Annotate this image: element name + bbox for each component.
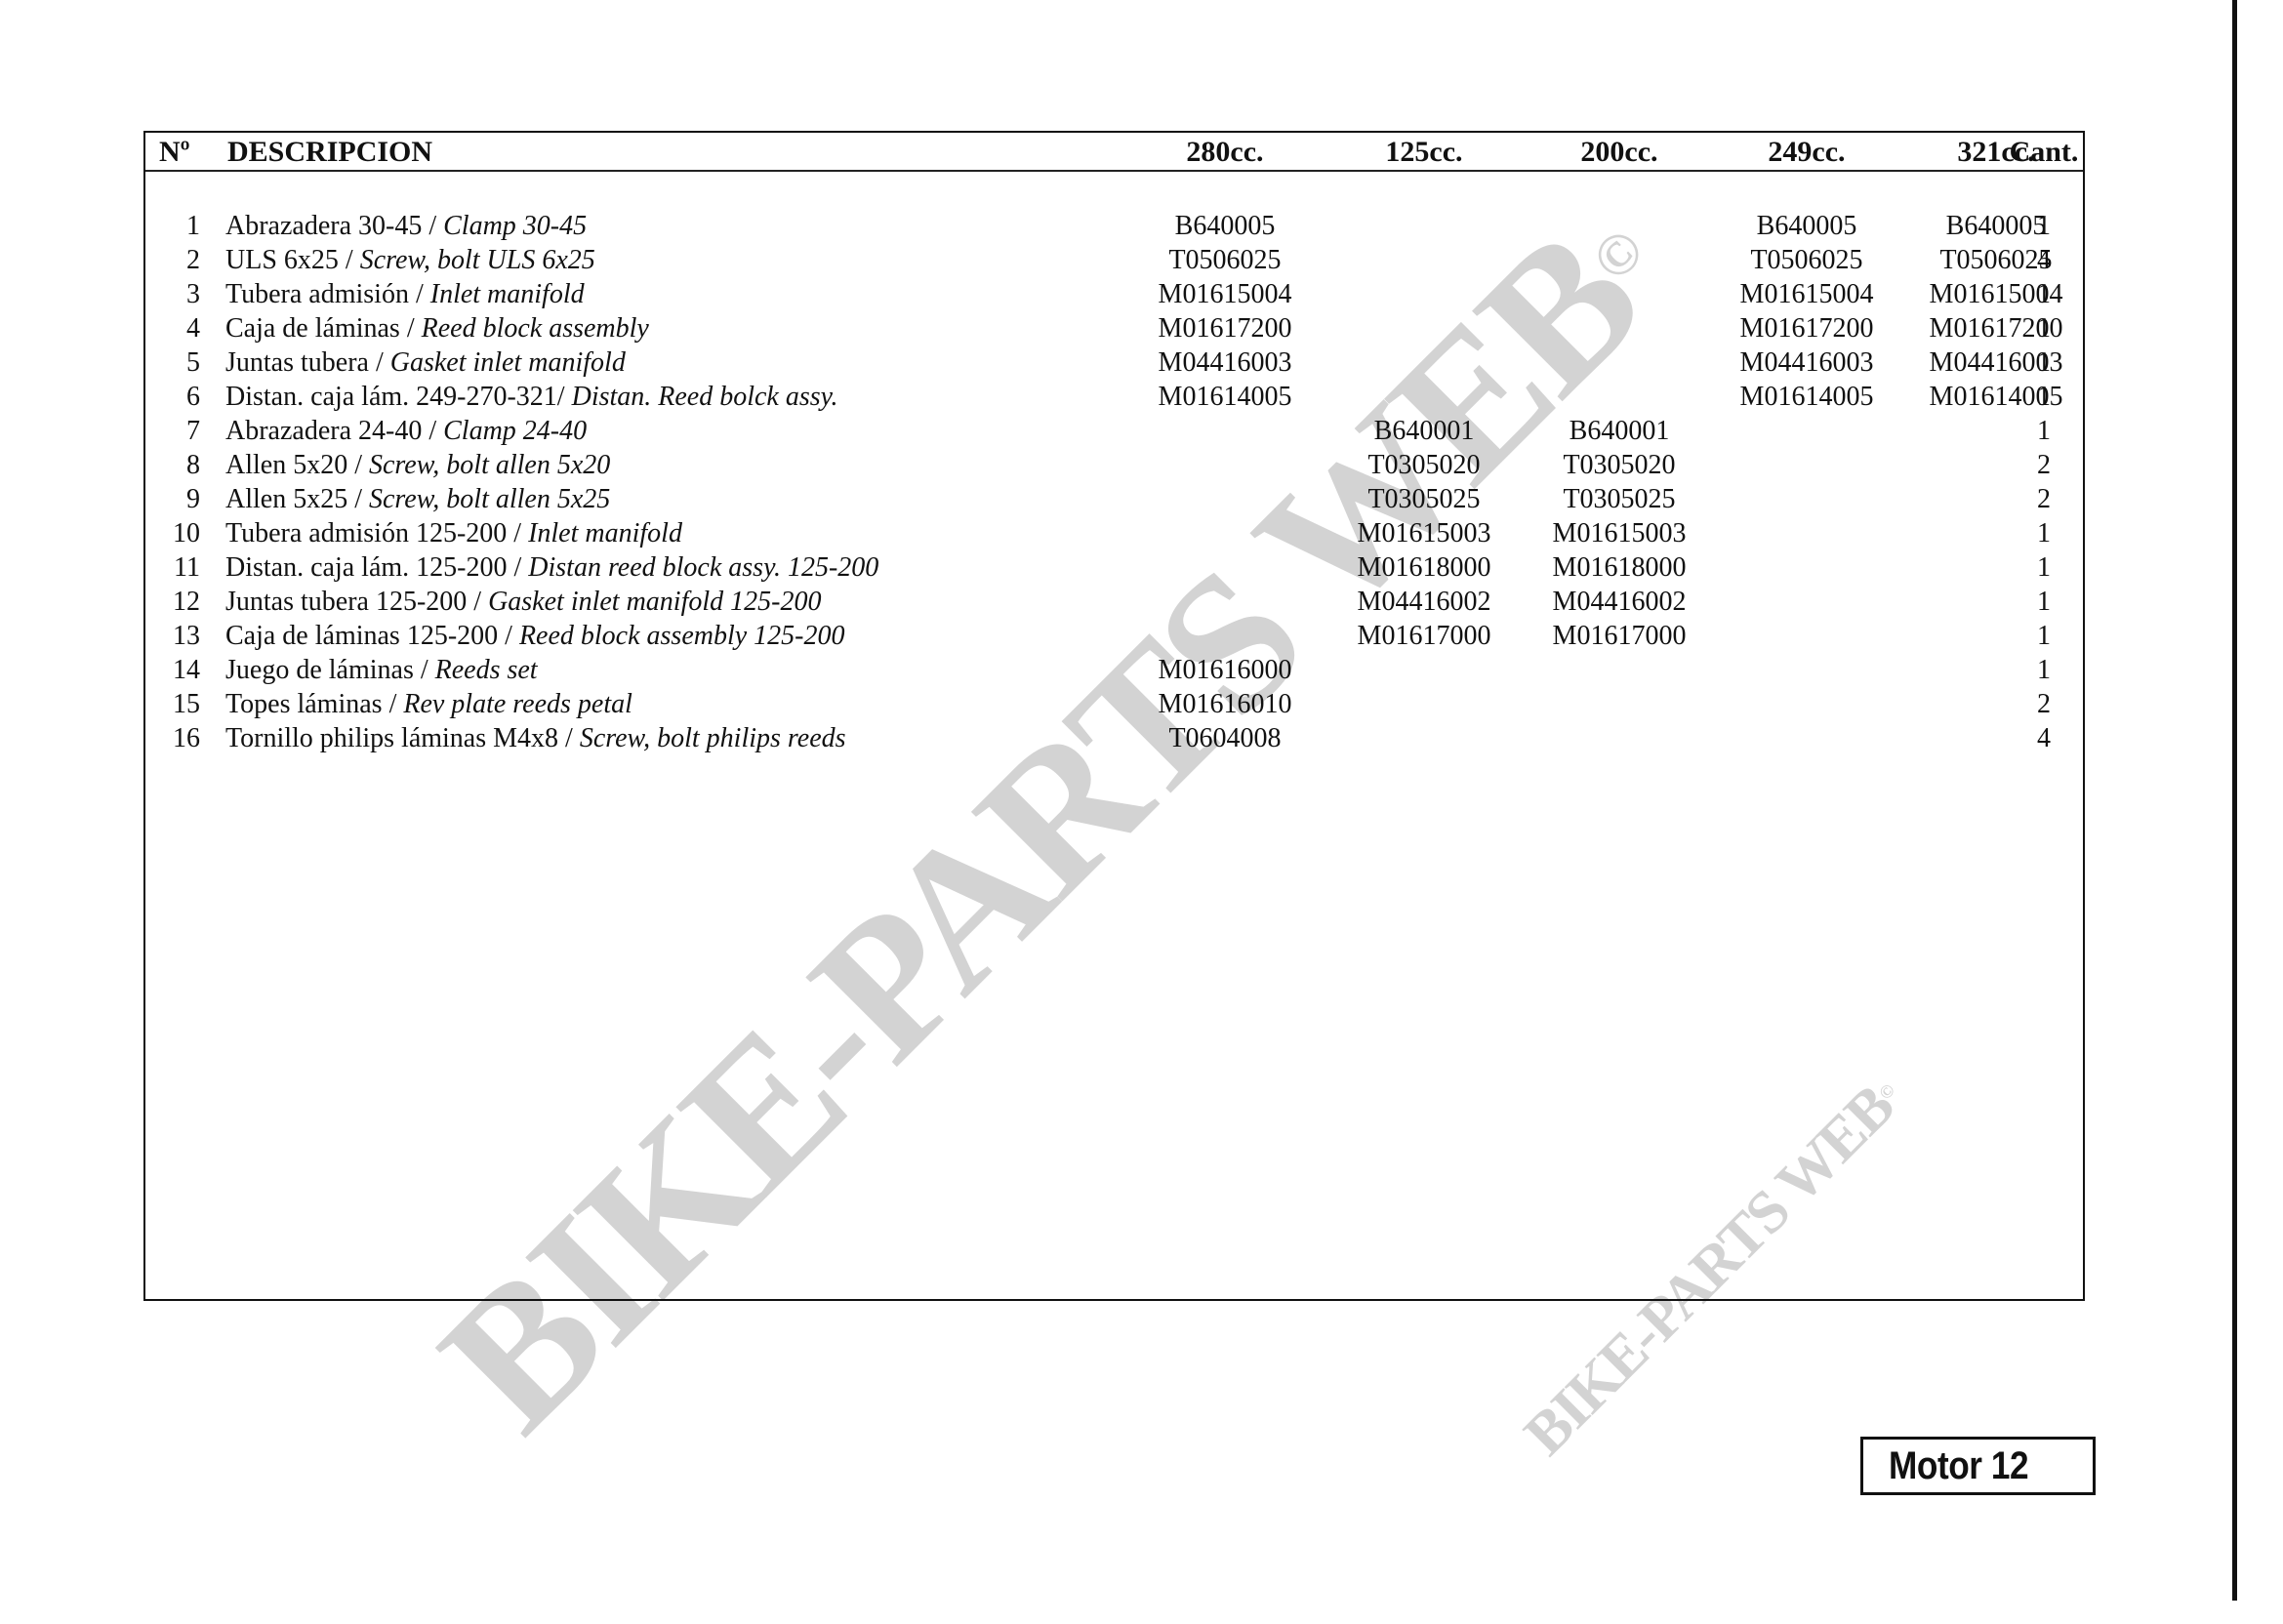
table-row: 12M04416002M044160021Juntas tubera 125-2… bbox=[145, 585, 2083, 619]
description-spanish: Juego de láminas / bbox=[225, 655, 435, 685]
description: Abrazadera 30-45 / Clamp 30-45 bbox=[225, 209, 587, 243]
row-number: 10 bbox=[145, 516, 200, 550]
description: Tornillo philips láminas M4x8 / Screw, b… bbox=[225, 721, 846, 755]
table-row: 14M016160001Juego de láminas / Reeds set bbox=[145, 653, 2083, 687]
part-code-200cc: B640001 bbox=[1522, 414, 1717, 448]
part-code-200cc: T0305025 bbox=[1522, 482, 1717, 516]
description: Allen 5x20 / Screw, bolt allen 5x20 bbox=[225, 448, 610, 482]
part-code-125cc: T0305025 bbox=[1326, 482, 1522, 516]
description-spanish: Tubera admisión 125-200 / bbox=[225, 518, 528, 548]
table-row: 7B640001B6400011Abrazadera 24-40 / Clamp… bbox=[145, 414, 2083, 448]
row-number: 4 bbox=[145, 311, 200, 345]
header-249cc: 249cc. bbox=[1709, 133, 1904, 170]
description-english: Inlet manifold bbox=[528, 518, 682, 548]
table-row: 10M01615003M016150031Tubera admisión 125… bbox=[145, 516, 2083, 550]
description-english: Gasket inlet manifold 125-200 bbox=[488, 587, 821, 617]
table-row: 4M01617200M01617200M016172001Caja de lám… bbox=[145, 311, 2083, 345]
quantity: 2 bbox=[2019, 482, 2068, 516]
parts-table: Nº DESCRIPCION 280cc. 125cc. 200cc. 249c… bbox=[143, 131, 2085, 1301]
table-row: 6M01614005M01614005M016140051Distan. caj… bbox=[145, 380, 2083, 414]
row-number: 1 bbox=[145, 209, 200, 243]
quantity: 1 bbox=[2019, 585, 2068, 619]
description-english: Gasket inlet manifold bbox=[390, 347, 626, 378]
description-spanish: Caja de láminas 125-200 / bbox=[225, 621, 519, 651]
quantity: 1 bbox=[2019, 277, 2068, 311]
part-code-280cc: M01614005 bbox=[1127, 380, 1323, 414]
header-number: Nº bbox=[159, 133, 190, 170]
quantity: 4 bbox=[2019, 721, 2068, 755]
row-number: 12 bbox=[145, 585, 200, 619]
quantity: 4 bbox=[2019, 243, 2068, 277]
table-row: 15M016160102Topes láminas / Rev plate re… bbox=[145, 687, 2083, 721]
description: Distan. caja lám. 249-270-321/ Distan. R… bbox=[225, 380, 838, 414]
description: Caja de láminas 125-200 / Reed block ass… bbox=[225, 619, 845, 653]
table-row: 3M01615004M01615004M016150041Tubera admi… bbox=[145, 277, 2083, 311]
description-spanish: Allen 5x25 / bbox=[225, 484, 369, 514]
description-english: Screw, bolt allen 5x25 bbox=[369, 484, 610, 514]
description-spanish: Allen 5x20 / bbox=[225, 450, 369, 480]
row-number: 6 bbox=[145, 380, 200, 414]
part-code-280cc: M01615004 bbox=[1127, 277, 1323, 311]
part-code-280cc: M01617200 bbox=[1127, 311, 1323, 345]
table-row: 13M01617000M016170001Caja de láminas 125… bbox=[145, 619, 2083, 653]
quantity: 1 bbox=[2019, 345, 2068, 380]
description: Allen 5x25 / Screw, bolt allen 5x25 bbox=[225, 482, 610, 516]
quantity: 1 bbox=[2019, 311, 2068, 345]
description-spanish: Distan. caja lám. 125-200 / bbox=[225, 552, 528, 583]
quantity: 1 bbox=[2019, 550, 2068, 585]
table-row: 1B640005B640005B6400051Abrazadera 30-45 … bbox=[145, 209, 2083, 243]
table-row: 5M04416003M04416003M044160031Juntas tube… bbox=[145, 345, 2083, 380]
part-code-249cc: T0506025 bbox=[1709, 243, 1904, 277]
part-code-249cc: M01615004 bbox=[1709, 277, 1904, 311]
part-code-200cc: M01615003 bbox=[1522, 516, 1717, 550]
description-spanish: Tubera admisión / bbox=[225, 279, 430, 309]
row-number: 13 bbox=[145, 619, 200, 653]
description-spanish: Juntas tubera 125-200 / bbox=[225, 587, 488, 617]
header-280cc: 280cc. bbox=[1127, 133, 1323, 170]
row-number: 2 bbox=[145, 243, 200, 277]
description: ULS 6x25 / Screw, bolt ULS 6x25 bbox=[225, 243, 595, 277]
header-description: DESCRIPCION bbox=[227, 133, 432, 170]
description-english: Screw, bolt ULS 6x25 bbox=[360, 245, 595, 275]
part-code-200cc: T0305020 bbox=[1522, 448, 1717, 482]
part-code-125cc: B640001 bbox=[1326, 414, 1522, 448]
description-english: Screw, bolt philips reeds bbox=[580, 723, 846, 753]
description-english: Screw, bolt allen 5x20 bbox=[369, 450, 610, 480]
description-spanish: Caja de láminas / bbox=[225, 313, 422, 344]
quantity: 2 bbox=[2019, 448, 2068, 482]
description: Distan. caja lám. 125-200 / Distan reed … bbox=[225, 550, 878, 585]
part-code-125cc: M01617000 bbox=[1326, 619, 1522, 653]
part-code-280cc: M01616000 bbox=[1127, 653, 1323, 687]
description: Caja de láminas / Reed block assembly bbox=[225, 311, 649, 345]
table-row: 16T06040084Tornillo philips láminas M4x8… bbox=[145, 721, 2083, 755]
part-code-200cc: M01618000 bbox=[1522, 550, 1717, 585]
part-code-280cc: B640005 bbox=[1127, 209, 1323, 243]
description-english: Rev plate reeds petal bbox=[403, 689, 632, 719]
header-quantity: Cant. bbox=[2000, 133, 2088, 170]
row-number: 14 bbox=[145, 653, 200, 687]
part-code-125cc: M01618000 bbox=[1326, 550, 1522, 585]
description-english: Reed block assembly bbox=[422, 313, 649, 344]
part-code-249cc: B640005 bbox=[1709, 209, 1904, 243]
row-number: 8 bbox=[145, 448, 200, 482]
quantity: 1 bbox=[2019, 516, 2068, 550]
description: Juntas tubera 125-200 / Gasket inlet man… bbox=[225, 585, 821, 619]
description-english: Distan. Reed bolck assy. bbox=[572, 382, 838, 412]
row-number: 9 bbox=[145, 482, 200, 516]
description: Abrazadera 24-40 / Clamp 24-40 bbox=[225, 414, 587, 448]
table-row: 11M01618000M016180001Distan. caja lám. 1… bbox=[145, 550, 2083, 585]
header-125cc: 125cc. bbox=[1326, 133, 1522, 170]
part-code-249cc: M04416003 bbox=[1709, 345, 1904, 380]
description: Tubera admisión 125-200 / Inlet manifold bbox=[225, 516, 682, 550]
part-code-280cc: M04416003 bbox=[1127, 345, 1323, 380]
description-spanish: Topes láminas / bbox=[225, 689, 403, 719]
description-spanish: Distan. caja lám. 249-270-321/ bbox=[225, 382, 572, 412]
part-code-125cc: M01615003 bbox=[1326, 516, 1522, 550]
description-english: Clamp 30-45 bbox=[443, 211, 587, 241]
table-row: 9T0305025T03050252Allen 5x25 / Screw, bo… bbox=[145, 482, 2083, 516]
section-label: Motor 12 bbox=[1860, 1437, 2096, 1495]
part-code-280cc: M01616010 bbox=[1127, 687, 1323, 721]
quantity: 1 bbox=[2019, 653, 2068, 687]
description-spanish: Tornillo philips láminas M4x8 / bbox=[225, 723, 580, 753]
description-english: Inlet manifold bbox=[430, 279, 585, 309]
part-code-125cc: M04416002 bbox=[1326, 585, 1522, 619]
description: Juego de láminas / Reeds set bbox=[225, 653, 538, 687]
description-spanish: ULS 6x25 / bbox=[225, 245, 360, 275]
part-code-280cc: T0506025 bbox=[1127, 243, 1323, 277]
part-code-280cc: T0604008 bbox=[1127, 721, 1323, 755]
row-number: 16 bbox=[145, 721, 200, 755]
row-number: 11 bbox=[145, 550, 200, 585]
part-code-200cc: M04416002 bbox=[1522, 585, 1717, 619]
header-200cc: 200cc. bbox=[1522, 133, 1717, 170]
description: Tubera admisión / Inlet manifold bbox=[225, 277, 585, 311]
description-english: Clamp 24-40 bbox=[443, 416, 587, 446]
row-number: 3 bbox=[145, 277, 200, 311]
description: Juntas tubera / Gasket inlet manifold bbox=[225, 345, 626, 380]
description-english: Reed block assembly 125-200 bbox=[519, 621, 845, 651]
quantity: 2 bbox=[2019, 687, 2068, 721]
quantity: 1 bbox=[2019, 414, 2068, 448]
row-number: 15 bbox=[145, 687, 200, 721]
quantity: 1 bbox=[2019, 209, 2068, 243]
part-code-249cc: M01617200 bbox=[1709, 311, 1904, 345]
description: Topes láminas / Rev plate reeds petal bbox=[225, 687, 632, 721]
description-spanish: Abrazadera 24-40 / bbox=[225, 416, 443, 446]
description-english: Reeds set bbox=[435, 655, 538, 685]
row-number: 7 bbox=[145, 414, 200, 448]
quantity: 1 bbox=[2019, 619, 2068, 653]
part-code-200cc: M01617000 bbox=[1522, 619, 1717, 653]
row-number: 5 bbox=[145, 345, 200, 380]
description-english: Distan reed block assy. 125-200 bbox=[528, 552, 878, 583]
part-code-125cc: T0305020 bbox=[1326, 448, 1522, 482]
quantity: 1 bbox=[2019, 380, 2068, 414]
part-code-249cc: M01614005 bbox=[1709, 380, 1904, 414]
table-header: Nº DESCRIPCION 280cc. 125cc. 200cc. 249c… bbox=[145, 133, 2083, 172]
description-spanish: Abrazadera 30-45 / bbox=[225, 211, 443, 241]
description-spanish: Juntas tubera / bbox=[225, 347, 390, 378]
table-row: 2T0506025T0506025T05060254ULS 6x25 / Scr… bbox=[145, 243, 2083, 277]
table-row: 8T0305020T03050202Allen 5x20 / Screw, bo… bbox=[145, 448, 2083, 482]
